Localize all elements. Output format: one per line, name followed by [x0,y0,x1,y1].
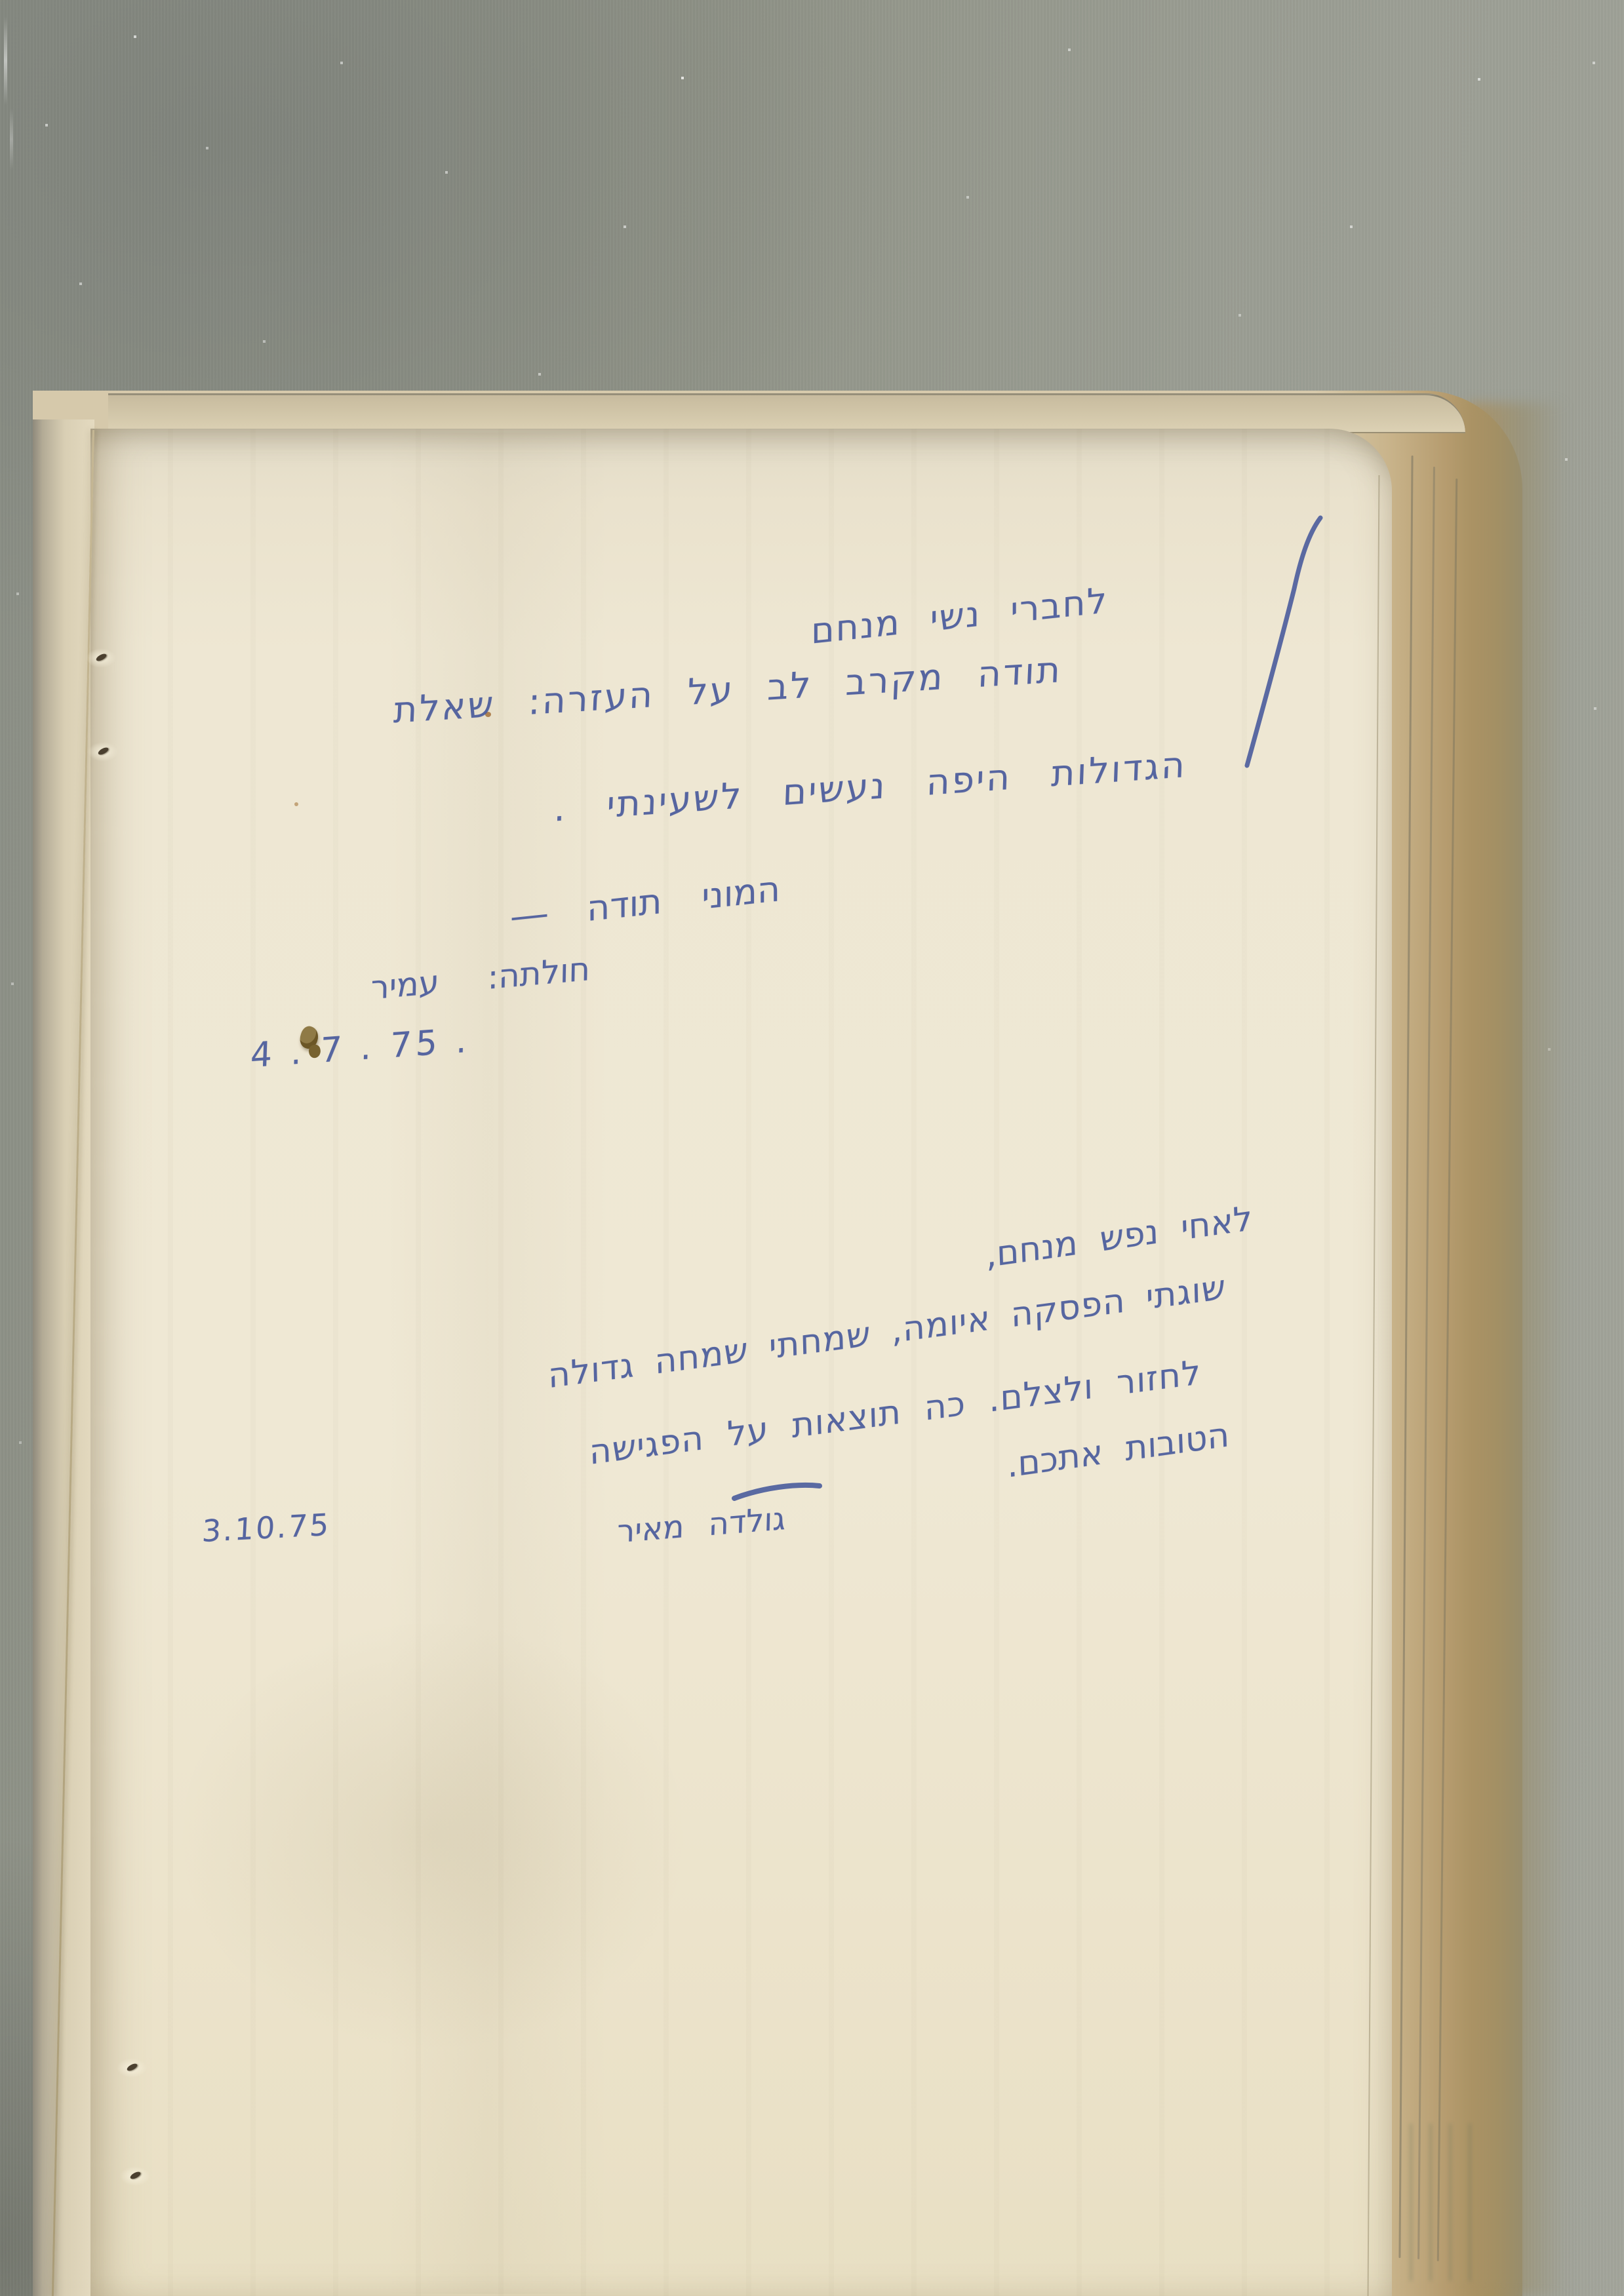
scanned-guestbook-page: לחברי נשי מנחם תודה מקרב לב על העזרה: שא… [0,0,1624,2296]
signature-overline [734,1485,820,1498]
large-lamed-flourish [1247,518,1320,766]
ink-flourish-strokes [0,0,1624,2296]
